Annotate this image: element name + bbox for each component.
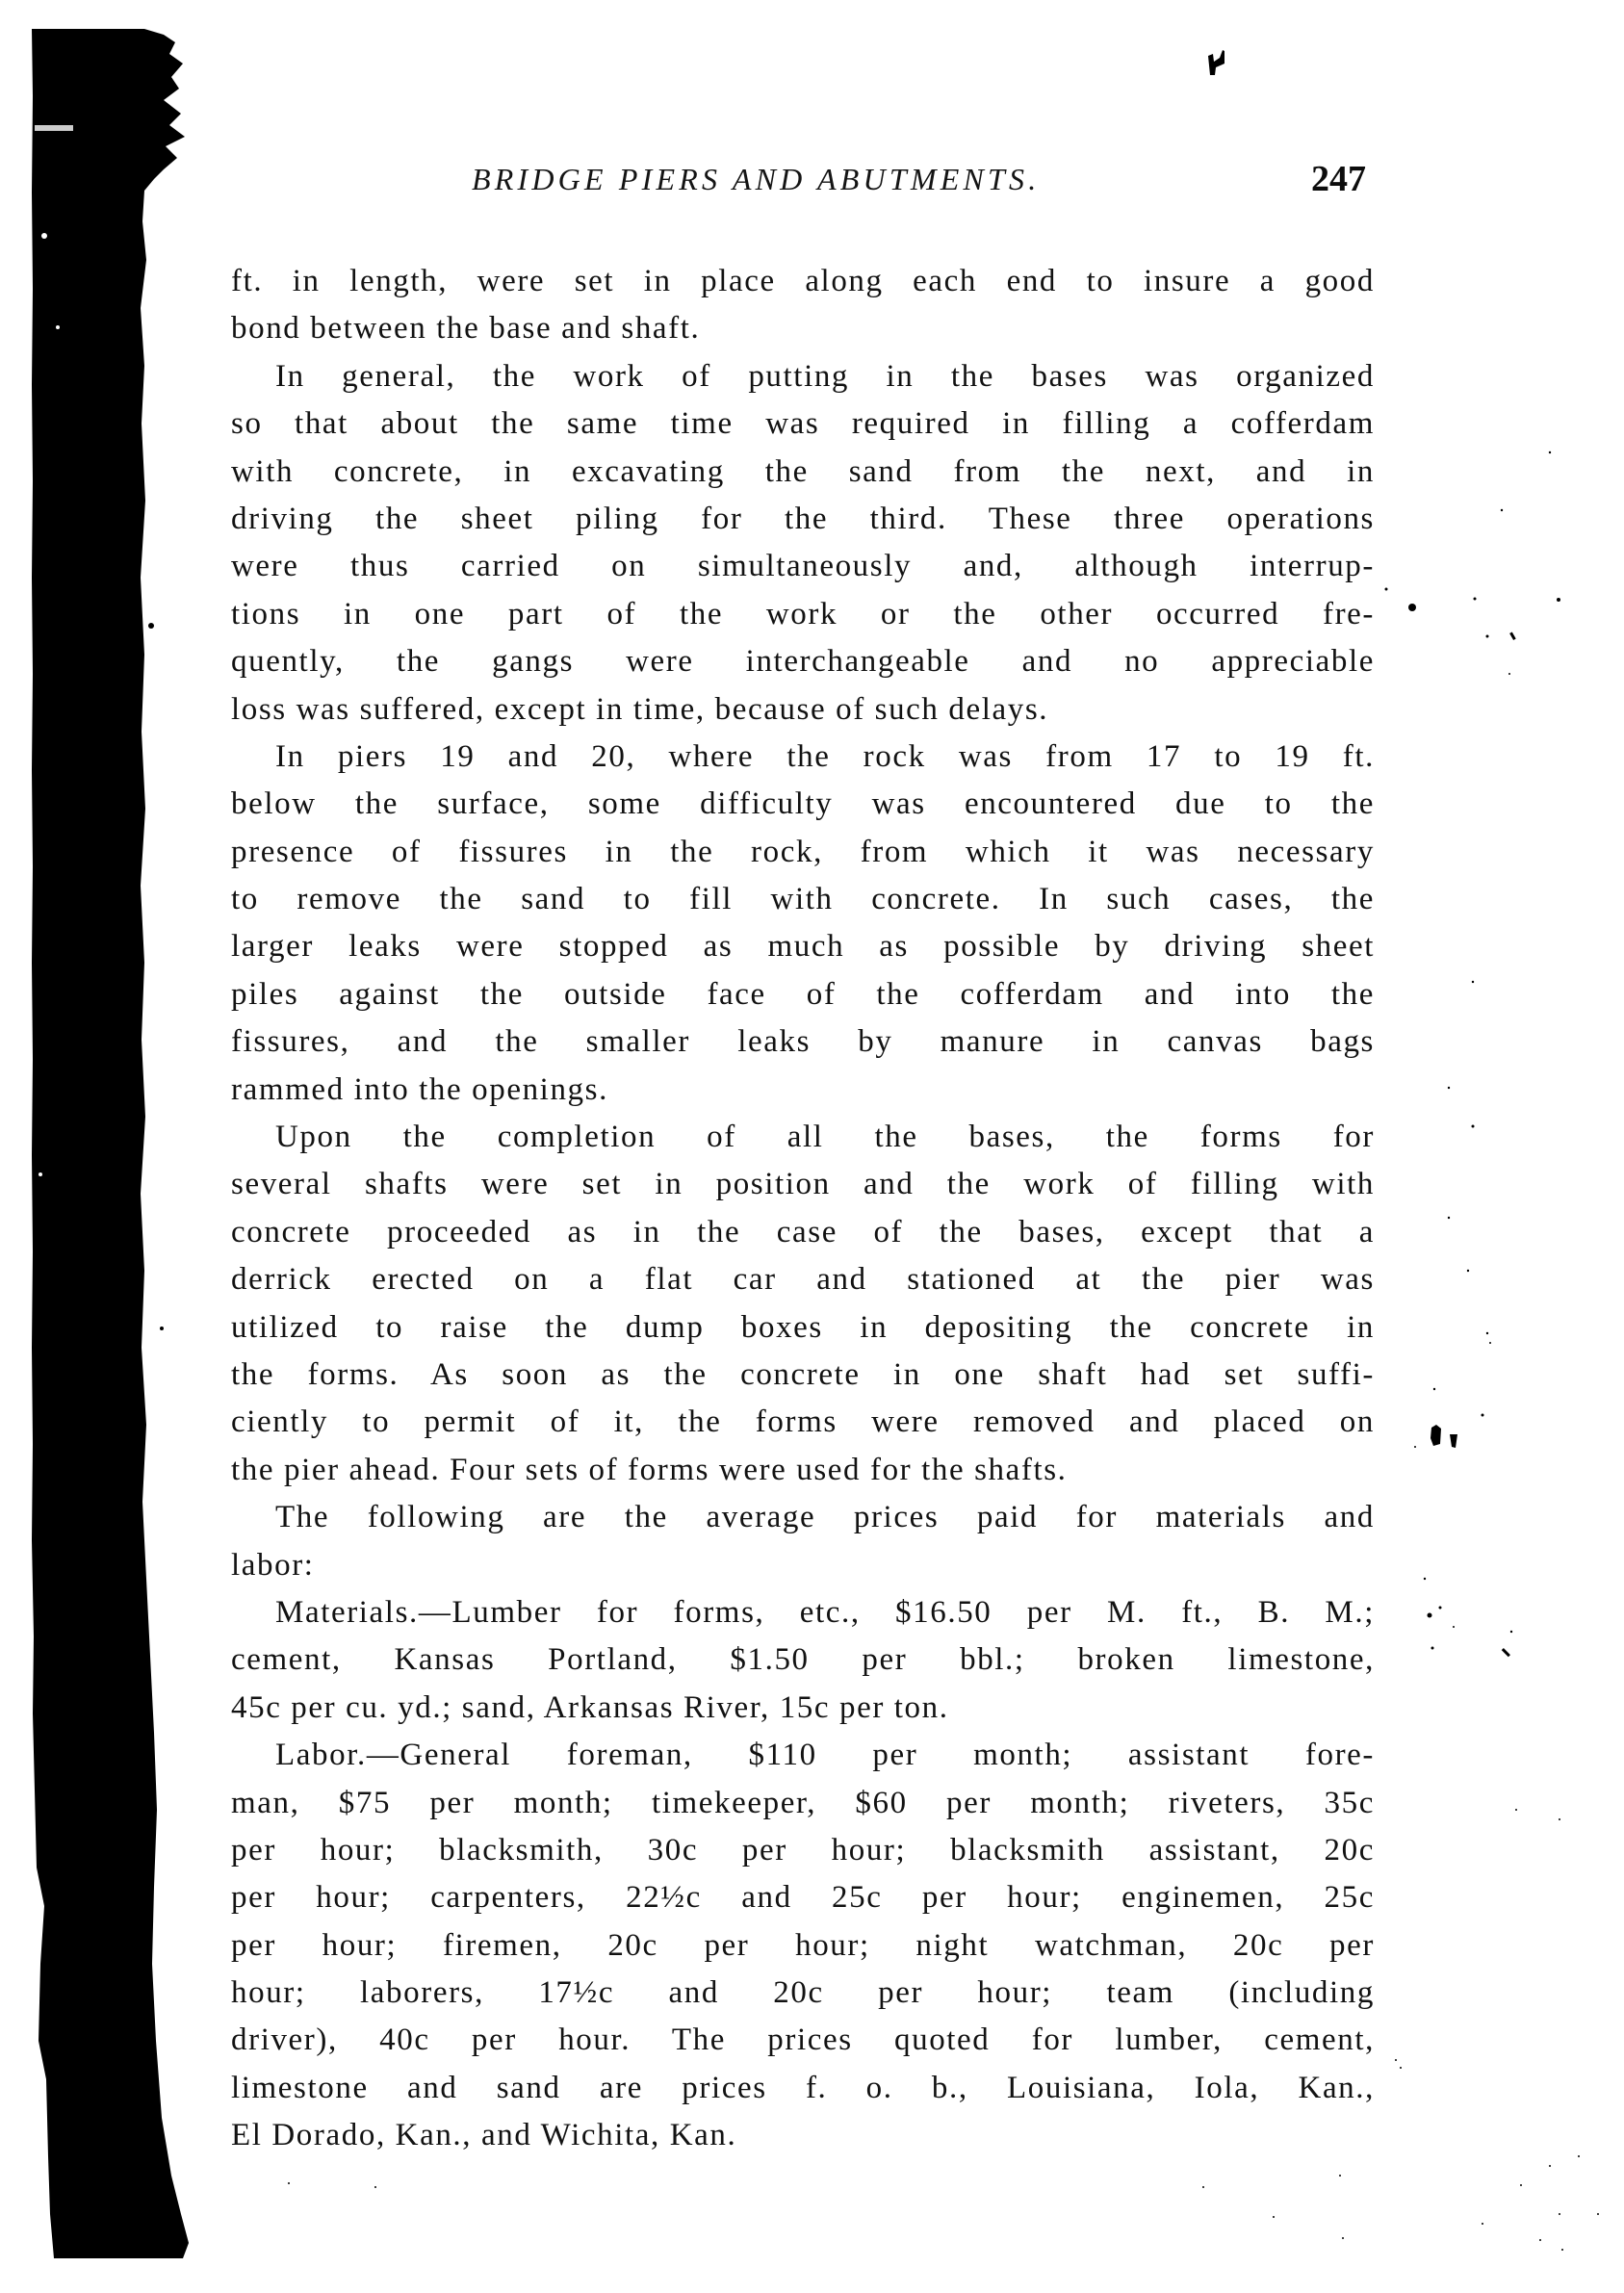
scan-specks [0,0,1624,2293]
scanned-book-page: BRIDGE PIERS AND ABUTMENTS. 247 ft. in l… [0,0,1624,2293]
